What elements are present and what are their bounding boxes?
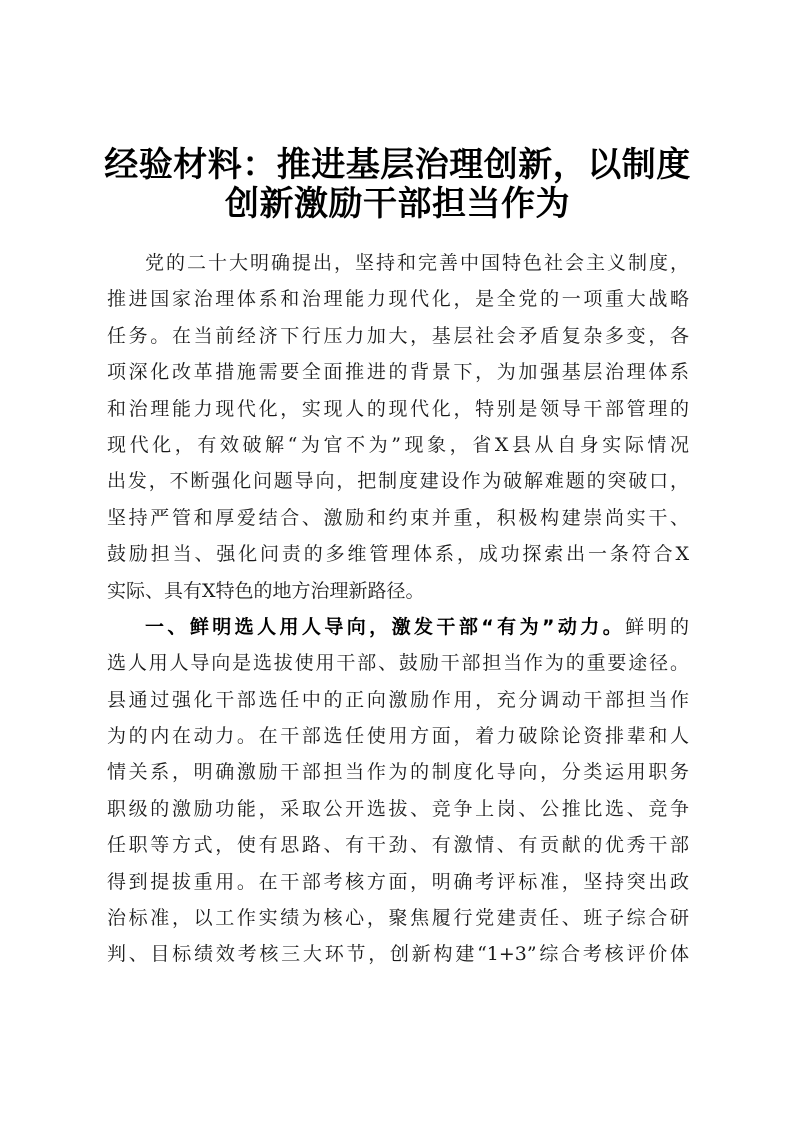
paragraph-intro: 党的二十大明确提出，坚持和完善中国特色社会主义制度， 推进国家治理体系和治理能力…: [107, 245, 689, 609]
document-title: 经验材料：推进基层治理创新，以制度 创新激励干部担当作为: [100, 146, 695, 224]
text-line: 选人用人导向是选拔使用干部、鼓励干部担当作为的重要途径。: [107, 645, 689, 681]
text-run: 鲜明的: [625, 616, 689, 638]
text-line: 职级的激励功能，采取公开选拔、竞争上岗、公推比选、竞争: [107, 791, 689, 827]
text-line: 现代化，有效破解“为官不为”现象，省X县从自身实际情况: [107, 427, 689, 463]
text-line: 坚持严管和厚爱结合、激励和约束并重，积极构建崇尚实干、: [107, 500, 689, 536]
text-line: 得到提拔重用。在干部考核方面，明确考评标准，坚持突出政: [107, 864, 689, 900]
text-line: 项深化改革措施需要全面推进的背景下，为加强基层治理体系: [107, 354, 689, 390]
text-line: 和治理能力现代化，实现人的现代化，特别是领导干部管理的: [107, 391, 689, 427]
text-line: 鼓励担当、强化问责的多维管理体系，成功探索出一条符合X: [107, 536, 689, 572]
text-line: 实际、具有X特色的地方治理新路径。: [107, 573, 689, 609]
title-line-2: 创新激励干部担当作为: [100, 185, 695, 224]
text-line: 出发，不断强化问题导向，把制度建设作为破解难题的突破口，: [107, 463, 689, 499]
text-line: 为的内在动力。在干部选任使用方面，着力破除论资排辈和人: [107, 718, 689, 754]
text-line: 任务。在当前经济下行压力加大，基层社会矛盾复杂多变，各: [107, 318, 689, 354]
text-line: 治标准，以工作实绩为核心，聚焦履行党建责任、班子综合研: [107, 900, 689, 936]
section-heading: 一、鲜明选人用人导向，激发干部“有为”动力。: [145, 616, 625, 638]
document-page: 经验材料：推进基层治理创新，以制度 创新激励干部担当作为 党的二十大明确提出，坚…: [0, 0, 793, 1122]
text-line: 判、目标绩效考核三大环节，创新构建“1+3”综合考核评价体: [107, 936, 689, 972]
document-body: 党的二十大明确提出，坚持和完善中国特色社会主义制度， 推进国家治理体系和治理能力…: [107, 245, 689, 973]
text-line: 党的二十大明确提出，坚持和完善中国特色社会主义制度，: [107, 245, 689, 281]
paragraph-section-1: 一、鲜明选人用人导向，激发干部“有为”动力。鲜明的 选人用人导向是选拔使用干部、…: [107, 609, 689, 973]
text-line: 情关系，明确激励干部担当作为的制度化导向，分类运用职务: [107, 754, 689, 790]
text-line: 任职等方式，使有思路、有干劲、有激情、有贡献的优秀干部: [107, 827, 689, 863]
title-line-1: 经验材料：推进基层治理创新，以制度: [100, 146, 695, 185]
text-line: 县通过强化干部选任中的正向激励作用，充分调动干部担当作: [107, 682, 689, 718]
section-heading-line: 一、鲜明选人用人导向，激发干部“有为”动力。鲜明的: [107, 609, 689, 645]
text-line: 推进国家治理体系和治理能力现代化，是全党的一项重大战略: [107, 281, 689, 317]
